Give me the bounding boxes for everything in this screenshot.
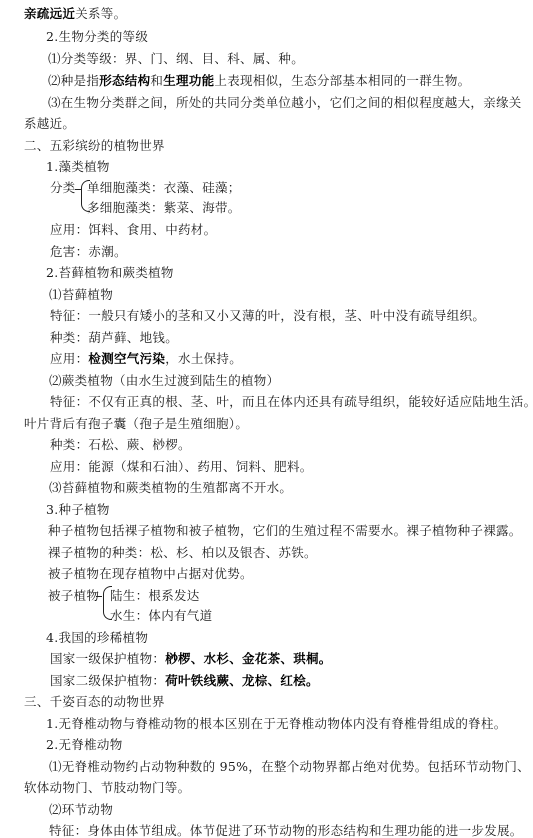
text-run: 国家一级保护植物： (50, 651, 165, 666)
text-line: 软体动物门、节肢动物门等。 (24, 780, 190, 796)
text-line: 系越近。 (24, 116, 75, 132)
subheading: 1.藻类植物 (46, 159, 110, 175)
text-run: 被子植物在现存植物中占据对优势。 (48, 566, 253, 581)
text-run: 应用：能源（煤和石油）、药用、饲料、肥料。 (50, 459, 313, 474)
text-run: 种类：葫芦藓、地钱。 (50, 330, 178, 345)
text-run: 二、五彩缤纷的植物世界 (24, 138, 165, 153)
text-run: 国家二级保护植物： (50, 673, 165, 688)
text-run: ⑴分类等级：界、门、纲、目、科、属、种。 (48, 51, 304, 66)
text-run: 种子植物包括裸子植物和被子植物，它们的生殖过程不需要水。裸子植物种子裸露。 (48, 523, 522, 538)
text-run: 多细胞藻类：紫菜、海带。 (87, 200, 241, 215)
text-line: 国家二级保护植物：荷叶铁线蕨、龙棕、红桧。 (50, 673, 319, 689)
text-run: ⑶在生物分类群之间，所处的共同分类单位越小，它们之间的相似程度越大，亲缘关 (48, 95, 522, 110)
text-line: 多细胞藻类：紫菜、海带。 (87, 200, 241, 216)
text-line: 亲疏远近关系等。 (24, 6, 126, 22)
bold-keyword: 检测空气污染 (88, 351, 165, 366)
text-line: ⑶在生物分类群之间，所处的共同分类单位越小，它们之间的相似程度越大，亲缘关 (48, 95, 522, 111)
subheading: 2.苔藓植物和蕨类植物 (46, 265, 174, 281)
text-run: 应用：饵料、食用、中药材。 (50, 222, 216, 237)
text-line: 种类：石松、蕨、桫椤。 (50, 437, 191, 453)
text-run: 水生：体内有气道 (110, 608, 212, 623)
bold-keyword: 形态结构 (99, 73, 150, 88)
subheading: 2.无脊椎动物 (46, 737, 123, 753)
text-run: 应用： (50, 351, 88, 366)
text-run: ⑵蕨类植物（由水生过渡到陆生的植物） (49, 373, 279, 388)
text-run: 关系等。 (75, 6, 126, 21)
text-line: 种类：葫芦藓、地钱。 (50, 330, 178, 346)
text-run: 1.藻类植物 (46, 159, 110, 174)
classification-label: 被子植物 (48, 588, 99, 604)
text-line: ⑵环节动物 (49, 802, 113, 818)
text-run: 分类 (50, 180, 76, 195)
subheading: 4.我国的珍稀植物 (46, 630, 148, 646)
text-run: 上表现相似，生态分部基本相同的一群生物。 (214, 73, 470, 88)
text-line: 裸子植物的种类：松、杉、柏以及银杏、苏铁。 (48, 545, 317, 561)
text-line: 水生：体内有气道 (110, 608, 212, 624)
text-line: ⑶苔藓植物和蕨类植物的生殖都离不开水。 (49, 480, 292, 496)
text-line: ⑵蕨类植物（由水生过渡到陆生的植物） (49, 373, 279, 389)
text-run: 叶片背后有孢子囊（孢子是生殖细胞）。 (24, 416, 248, 431)
text-line: 危害：赤潮。 (50, 244, 127, 260)
text-line: 特征：身体由体节组成。体节促进了环节动物的形态结构和生理功能的进一步发展。 (49, 823, 523, 838)
text-line: 应用：能源（煤和石油）、药用、饲料、肥料。 (50, 459, 313, 475)
text-run: 陆生：根系发达 (110, 588, 200, 603)
text-line: 应用：饵料、食用、中药材。 (50, 222, 216, 238)
text-line: 种子植物包括裸子植物和被子植物，它们的生殖过程不需要水。裸子植物种子裸露。 (48, 523, 522, 539)
text-run: 软体动物门、节肢动物门等。 (24, 780, 190, 795)
text-run: ⑴无脊椎动物约占动物种数的 95%，在整个动物界都占绝对优势。包括环节动物门、 (49, 759, 530, 774)
text-line: 1.无脊椎动物与脊椎动物的根本区别在于无脊椎动物体内没有脊椎骨组成的脊柱。 (46, 716, 507, 732)
text-line: ⑴分类等级：界、门、纲、目、科、属、种。 (48, 51, 304, 67)
text-run: 系越近。 (24, 116, 75, 131)
text-line: 应用：检测空气污染，水土保持。 (50, 351, 242, 367)
text-run: 危害：赤潮。 (50, 244, 127, 259)
text-run: 单细胞藻类：衣藻、硅藻； (87, 180, 241, 195)
text-run: 三、千姿百态的动物世界 (24, 694, 165, 709)
text-line: 叶片背后有孢子囊（孢子是生殖细胞）。 (24, 416, 248, 432)
text-line: 被子植物在现存植物中占据对优势。 (48, 566, 253, 582)
text-run: 特征：身体由体节组成。体节促进了环节动物的形态结构和生理功能的进一步发展。 (49, 823, 523, 838)
text-run: ⑶苔藓植物和蕨类植物的生殖都离不开水。 (49, 480, 292, 495)
text-run: 2.生物分类的等级 (46, 29, 148, 44)
subheading: 2.生物分类的等级 (46, 29, 148, 45)
text-run: 裸子植物的种类：松、杉、柏以及银杏、苏铁。 (48, 545, 317, 560)
text-run: 特征：一般只有矮小的茎和又小又薄的叶，没有根，茎、叶中没有疏导组织。 (50, 308, 485, 323)
text-run: 被子植物 (48, 588, 99, 603)
text-run: 2.无脊椎动物 (46, 737, 123, 752)
text-line: ⑵种是指形态结构和生理功能上表现相似，生态分部基本相同的一群生物。 (48, 73, 470, 89)
bold-keyword: 荷叶铁线蕨、龙棕、红桧。 (165, 673, 319, 688)
classification-label: 分类 (50, 180, 76, 196)
text-line: ⑴苔藓植物 (49, 287, 113, 303)
text-line: 陆生：根系发达 (110, 588, 200, 604)
bold-keyword: 生理功能 (163, 73, 214, 88)
text-line: 特征：不仅有正真的根、茎、叶，而且在体内还具有疏导组织，能较好适应陆地生活。 (50, 394, 533, 410)
text-run: ⑴苔藓植物 (49, 287, 113, 302)
text-run: 和 (150, 73, 163, 88)
brace-tick (96, 596, 102, 597)
text-run: 特征：不仅有正真的根、茎、叶，而且在体内还具有疏导组织，能较好适应陆地生活。 (50, 394, 533, 409)
text-run: 种类：石松、蕨、桫椤。 (50, 437, 191, 452)
text-run: 4.我国的珍稀植物 (46, 630, 148, 645)
text-run: ，水土保持。 (165, 351, 242, 366)
text-run: ⑵环节动物 (49, 802, 113, 817)
text-run: 1.无脊椎动物与脊椎动物的根本区别在于无脊椎动物体内没有脊椎骨组成的脊柱。 (46, 716, 507, 731)
text-line: ⑴无脊椎动物约占动物种数的 95%，在整个动物界都占绝对优势。包括环节动物门、 (49, 759, 530, 775)
section-heading: 二、五彩缤纷的植物世界 (24, 138, 165, 154)
text-run: 3.种子植物 (46, 502, 110, 517)
bold-keyword: 桫椤、水杉、金花茶、珙桐。 (165, 651, 331, 666)
text-run: 2.苔藓植物和蕨类植物 (46, 265, 174, 280)
text-line: 国家一级保护植物：桫椤、水杉、金花茶、珙桐。 (50, 651, 332, 667)
bold-keyword: 亲疏远近 (24, 6, 75, 21)
subheading: 3.种子植物 (46, 502, 110, 518)
section-heading: 三、千姿百态的动物世界 (24, 694, 165, 710)
document-page: 亲疏远近关系等。 2.生物分类的等级 ⑴分类等级：界、门、纲、目、科、属、种。 … (0, 0, 533, 838)
text-line: 特征：一般只有矮小的茎和又小又薄的叶，没有根，茎、叶中没有疏导组织。 (50, 308, 485, 324)
text-line: 单细胞藻类：衣藻、硅藻； (87, 180, 241, 196)
text-run: ⑵种是指 (48, 73, 99, 88)
